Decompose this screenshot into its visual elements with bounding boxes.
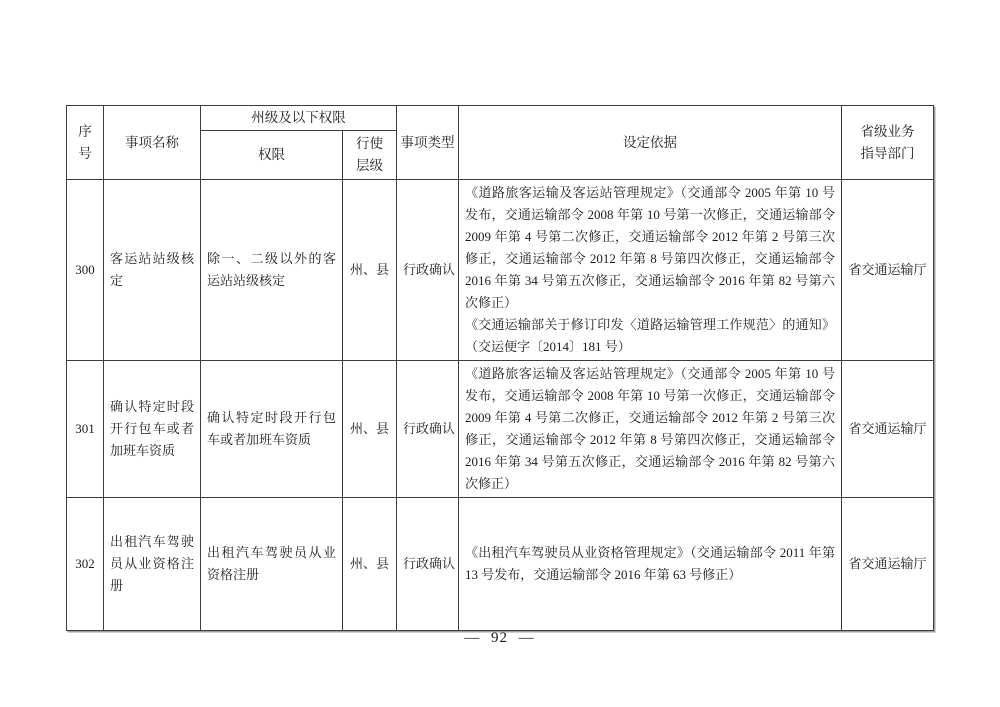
cell-index: 301 [67, 361, 104, 498]
table-header: 序号 事项名称 州级及以下权限 事项类型 设定依据 省级业务指导部门 权限 行使… [67, 106, 934, 180]
cell-exercise-level: 州、县 [343, 361, 397, 498]
cell-item-name: 客运站站级核定 [104, 180, 201, 361]
basis-paragraph: 《道路旅客运输及客运站管理规定》（交通部令 2005 年第 10 号发布，交通运… [465, 363, 835, 495]
cell-index: 302 [67, 498, 104, 631]
basis-paragraph: 《道路旅客运输及客运站管理规定》（交通部令 2005 年第 10 号发布，交通运… [465, 182, 835, 314]
cell-item-name: 确认特定时段开行包车或者加班车资质 [104, 361, 201, 498]
header-authority-group: 州级及以下权限 [201, 106, 397, 131]
document-page: 序号 事项名称 州级及以下权限 事项类型 设定依据 省级业务指导部门 权限 行使… [0, 0, 1000, 707]
cell-item-type: 行政确认 [397, 361, 459, 498]
page-number: — 92 — [66, 630, 933, 647]
table-row: 300 客运站站级核定 除一、二级以外的客运站站级核定 州、县 行政确认 《道路… [67, 180, 934, 361]
cell-guidance-dept: 省交通运输厅 [842, 180, 934, 361]
header-index: 序号 [67, 106, 104, 180]
basis-paragraph: 《交通运输部关于修订印发〈道路运输管理工作规范〉的通知》（交运便字〔2014〕1… [465, 314, 835, 358]
basis-paragraph: 《出租汽车驾驶员从业资格管理规定》（交通运输部令 2011 年第 13 号发布，… [465, 542, 835, 586]
cell-guidance-dept: 省交通运输厅 [842, 498, 934, 631]
header-row-top: 序号 事项名称 州级及以下权限 事项类型 设定依据 省级业务指导部门 [67, 106, 934, 131]
cell-item-type: 行政确认 [397, 180, 459, 361]
cell-item-name: 出租汽车驾驶员从业资格注册 [104, 498, 201, 631]
authority-items-table: 序号 事项名称 州级及以下权限 事项类型 设定依据 省级业务指导部门 权限 行使… [66, 105, 934, 631]
table-body: 300 客运站站级核定 除一、二级以外的客运站站级核定 州、县 行政确认 《道路… [67, 180, 934, 631]
header-level: 行使层级 [343, 131, 397, 180]
cell-guidance-dept: 省交通运输厅 [842, 361, 934, 498]
cell-authority: 除一、二级以外的客运站站级核定 [201, 180, 343, 361]
cell-setting-basis: 《道路旅客运输及客运站管理规定》（交通部令 2005 年第 10 号发布，交通运… [459, 361, 842, 498]
cell-index: 300 [67, 180, 104, 361]
header-basis: 设定依据 [459, 106, 842, 180]
table-row: 301 确认特定时段开行包车或者加班车资质 确认特定时段开行包车或者加班车资质 … [67, 361, 934, 498]
header-authority: 权限 [201, 131, 343, 180]
header-item-name: 事项名称 [104, 106, 201, 180]
cell-exercise-level: 州、县 [343, 180, 397, 361]
cell-exercise-level: 州、县 [343, 498, 397, 631]
table-row: 302 出租汽车驾驶员从业资格注册 出租汽车驾驶员从业资格注册 州、县 行政确认… [67, 498, 934, 631]
header-dept-label: 省级业务指导部门 [859, 121, 916, 165]
cell-setting-basis: 《道路旅客运输及客运站管理规定》（交通部令 2005 年第 10 号发布，交通运… [459, 180, 842, 361]
header-dept: 省级业务指导部门 [842, 106, 934, 180]
cell-authority: 出租汽车驾驶员从业资格注册 [201, 498, 343, 631]
header-item-type: 事项类型 [397, 106, 459, 180]
header-index-label: 序号 [77, 121, 93, 165]
cell-item-type: 行政确认 [397, 498, 459, 631]
cell-authority: 确认特定时段开行包车或者加班车资质 [201, 361, 343, 498]
header-level-label: 行使层级 [354, 133, 385, 177]
cell-setting-basis: 《出租汽车驾驶员从业资格管理规定》（交通运输部令 2011 年第 13 号发布，… [459, 498, 842, 631]
